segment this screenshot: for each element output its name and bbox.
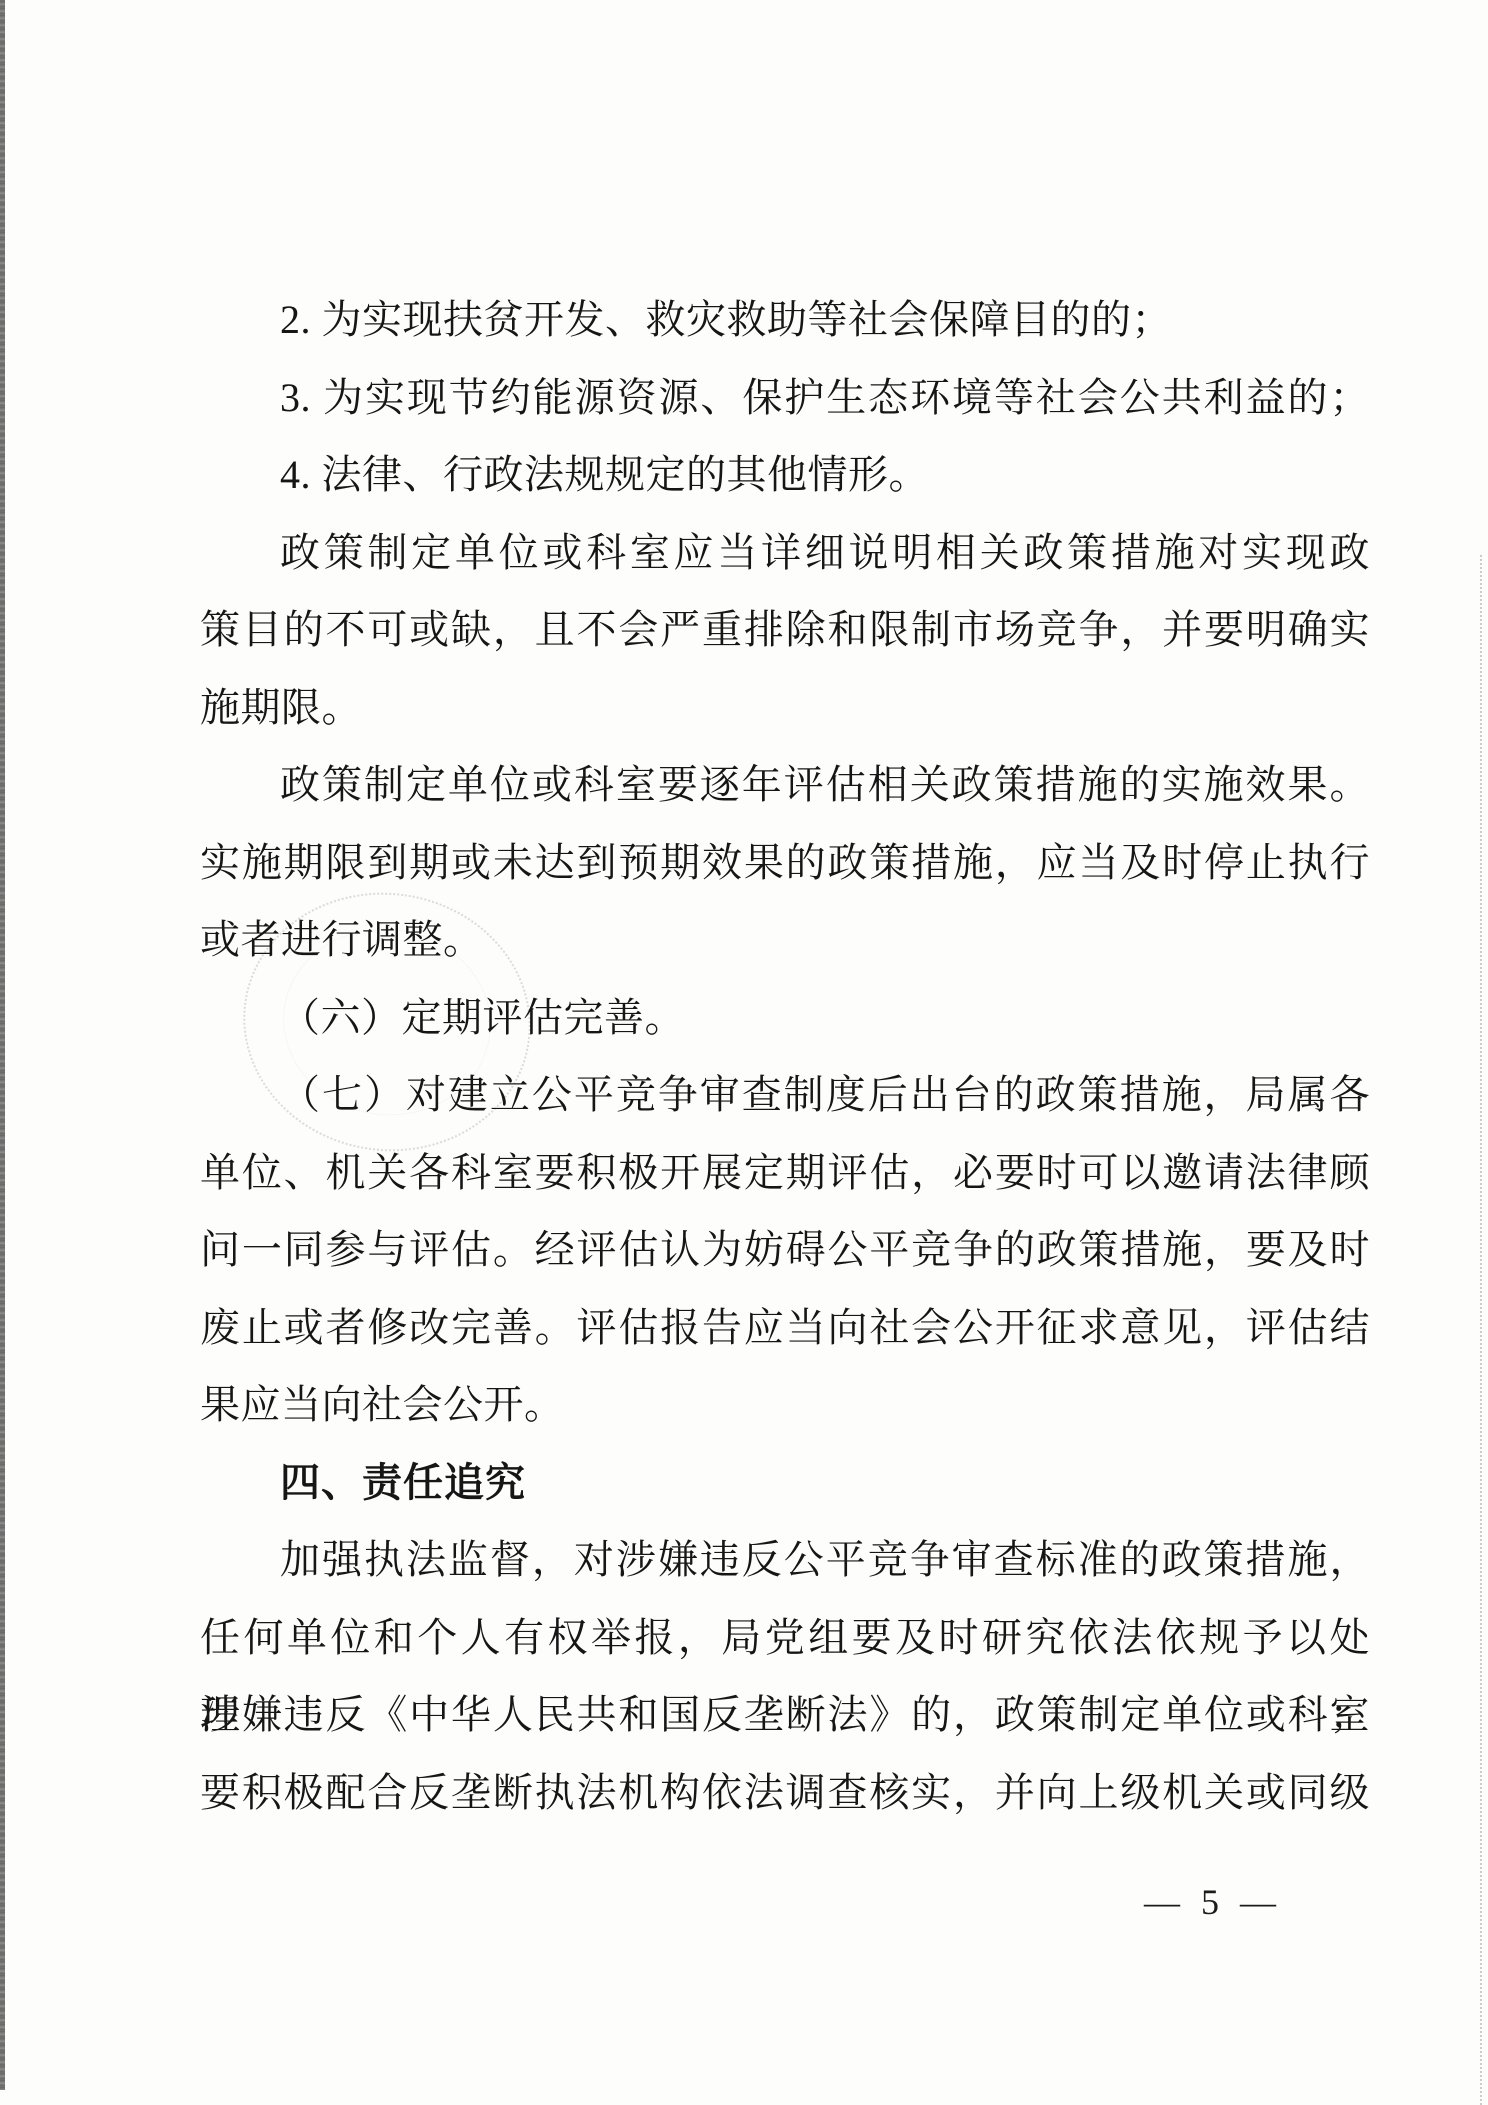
clause-seven-line: （七）对建立公平竞争审查制度后出台的政策措施，局属各 xyxy=(200,1056,1370,1134)
paragraph-line: 政策制定单位或科室应当详细说明相关政策措施对实现政 xyxy=(200,514,1370,592)
paragraph-line: 施期限。 xyxy=(200,669,1370,747)
paragraph-line: 加强执法监督，对涉嫌违反公平竞争审查标准的政策措施， xyxy=(200,1521,1370,1599)
paragraph-line: 问一同参与评估。经评估认为妨碍公平竞争的政策措施，要及时 xyxy=(200,1211,1370,1289)
paragraph-line: 任何单位和个人有权举报，局党组要及时研究依法依规予以处理； xyxy=(200,1599,1370,1677)
dotted-scan-line-right xyxy=(1480,555,1482,2105)
paragraph-line: 实施期限到期或未达到预期效果的政策措施，应当及时停止执行 xyxy=(200,824,1370,902)
paragraph-line: 要积极配合反垄断执法机构依法调查核实，并向上级机关或同级 xyxy=(200,1754,1370,1832)
scan-noise-strip-left xyxy=(0,0,5,2090)
paragraph-line: 政策制定单位或科室要逐年评估相关政策措施的实施效果。 xyxy=(200,746,1370,824)
paragraph-line: 涉嫌违反《中华人民共和国反垄断法》的，政策制定单位或科室 xyxy=(200,1676,1370,1754)
clause-six-line: （六）定期评估完善。 xyxy=(200,979,1370,1057)
list-item-4: 4. 法律、行政法规规定的其他情形。 xyxy=(200,436,1370,514)
paragraph-line: 策目的不可或缺，且不会严重排除和限制市场竞争，并要明确实 xyxy=(200,591,1370,669)
paragraph-line: 单位、机关各科室要积极开展定期评估，必要时可以邀请法律顾 xyxy=(200,1134,1370,1212)
paragraph-line: 废止或者修改完善。评估报告应当向社会公开征求意见，评估结 xyxy=(200,1289,1370,1367)
list-item-2: 2. 为实现扶贫开发、救灾救助等社会保障目的的； xyxy=(200,281,1370,359)
paragraph-line: 或者进行调整。 xyxy=(200,901,1370,979)
list-item-3: 3. 为实现节约能源资源、保护生态环境等社会公共利益的； xyxy=(200,359,1370,437)
section-heading-4: 四、责任追究 xyxy=(200,1444,1370,1522)
page-number: — 5 — xyxy=(200,1878,1370,1926)
document-body: 2. 为实现扶贫开发、救灾救助等社会保障目的的； 3. 为实现节约能源资源、保护… xyxy=(200,281,1370,1831)
document-page: 2. 为实现扶贫开发、救灾救助等社会保障目的的； 3. 为实现节约能源资源、保护… xyxy=(0,0,1488,2105)
paragraph-line: 果应当向社会公开。 xyxy=(200,1366,1370,1444)
